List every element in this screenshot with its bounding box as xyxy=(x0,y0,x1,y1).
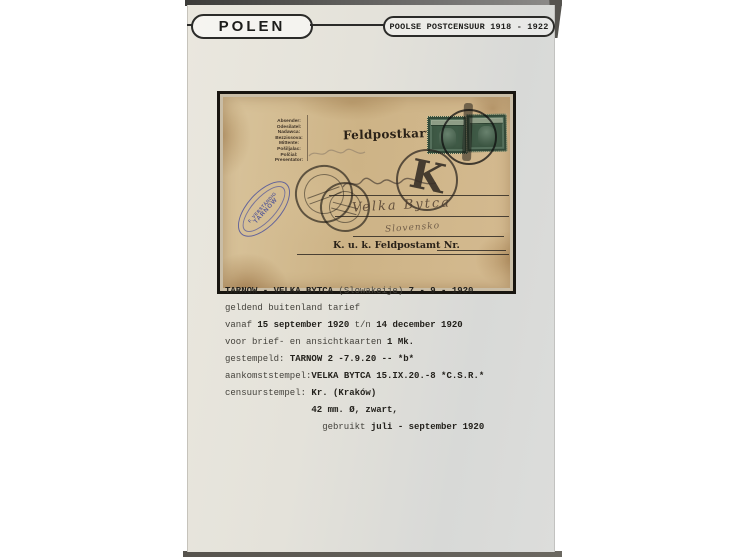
address-rule xyxy=(329,195,509,196)
sender-line: Presentator: xyxy=(265,158,313,164)
series-title-badge: POOLSE POSTCENSUUR 1918 - 1922 xyxy=(383,16,555,37)
description-line: gebruikt juli - september 1920 xyxy=(225,419,525,436)
oval-handstamp-inner-ring xyxy=(236,179,293,238)
handwritten-country: Slovensko xyxy=(385,221,441,235)
description-line: vanaf 15 september 1920 t/n 14 december … xyxy=(225,317,525,334)
header-rule-mid xyxy=(310,24,384,26)
description-line: TARNOW - VELKA BYTCA (Slowakeije) 7 - 9 … xyxy=(225,283,525,300)
address-rule xyxy=(353,236,504,237)
oval-handstamp: F. VERSTÄNDIG TARNÓW xyxy=(229,172,300,245)
description-line: voor brief- en ansichtkaarten 1 Mk. xyxy=(225,334,525,351)
typewritten-description: TARNOW - VELKA BYTCA (Slowakeije) 7 - 9 … xyxy=(225,283,525,436)
feldpost-postcard: Absender:Odesilatel:Nadawca:Bezzissova:M… xyxy=(223,97,510,288)
photo-of-album-page: { "colors": { "photo_background": "#ffff… xyxy=(0,0,740,557)
field-post-number-rule xyxy=(437,250,506,251)
country-title: POLEN xyxy=(219,18,286,35)
pencil-scribble xyxy=(307,145,369,161)
description-line: censuurstempel: Kr. (Kraków) xyxy=(225,385,525,402)
sender-address-block: Absender:Odesilatel:Nadawca:Bezzissova:M… xyxy=(265,119,313,164)
description-line: 42 mm. Ø, zwart, xyxy=(225,402,525,419)
description-line: geldend buitenland tarief xyxy=(225,300,525,317)
description-line: gestempeld: TARNOW 2 -7.9.20 -- *b* xyxy=(225,351,525,368)
description-line: aankomststempel:VELKA BYTCA 15.IX.20.-8 … xyxy=(225,368,525,385)
album-page: POLEN POOLSE POSTCENSUUR 1918 - 1922 Abs… xyxy=(187,5,555,552)
country-title-badge: POLEN xyxy=(191,14,313,39)
postcard-mount-frame: Absender:Odesilatel:Nadawca:Bezzissova:M… xyxy=(217,91,516,294)
address-rule xyxy=(335,216,509,217)
series-title: POOLSE POSTCENSUUR 1918 - 1922 xyxy=(389,22,548,32)
bottom-rule xyxy=(297,254,509,255)
handwriting-scribble xyxy=(340,174,442,194)
